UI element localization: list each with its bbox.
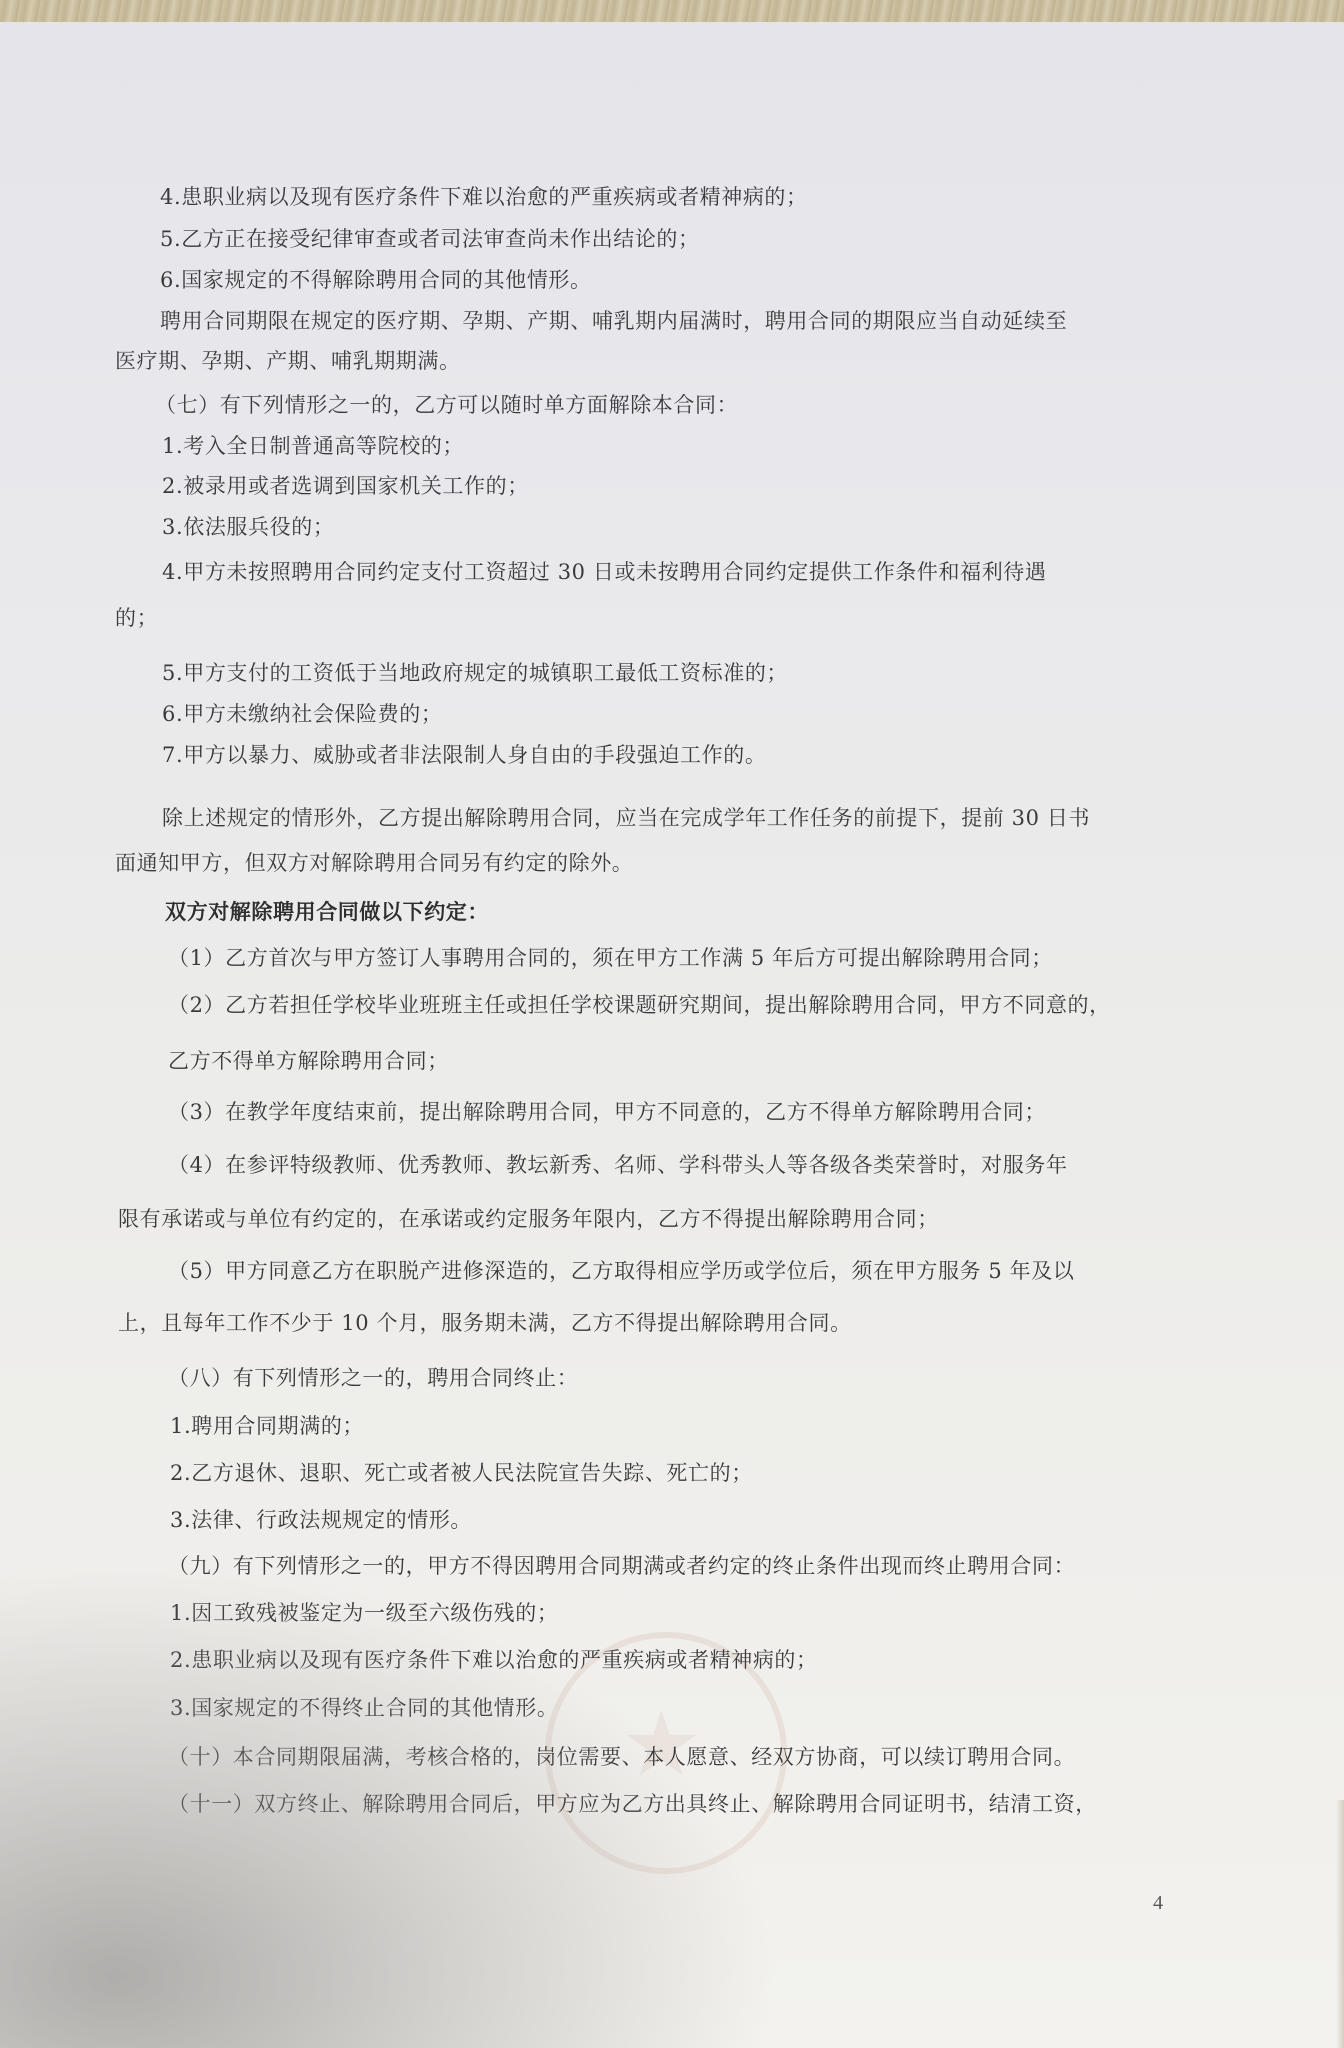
- document-line: 除上述规定的情形外，乙方提出解除聘用合同，应当在完成学年工作任务的前提下，提前 …: [162, 804, 1090, 832]
- document-line: 1.聘用合同期满的；: [170, 1412, 364, 1440]
- document-line: （十一）双方终止、解除聘用合同后，甲方应为乙方出具终止、解除聘用合同证明书，结清…: [168, 1790, 1097, 1818]
- document-line: （3）在教学年度结束前，提出解除聘用合同，甲方不同意的，乙方不得单方解除聘用合同…: [168, 1098, 1046, 1126]
- document-line: 6.国家规定的不得解除聘用合同的其他情形。: [160, 266, 592, 294]
- document-line: 1.考入全日制普通高等院校的；: [162, 432, 464, 460]
- page-number: 4: [1153, 1892, 1163, 1915]
- document-line: （八）有下列情形之一的，聘用合同终止：: [168, 1364, 578, 1392]
- section-heading: 双方对解除聘用合同做以下约定：: [165, 898, 489, 926]
- document-line: 7.甲方以暴力、威胁或者非法限制人身自由的手段强迫工作的。: [162, 741, 766, 769]
- document-line: 3.法律、行政法规规定的情形。: [170, 1506, 472, 1534]
- document-line: （2）乙方若担任学校毕业班班主任或担任学校课题研究期间，提出解除聘用合同，甲方不…: [168, 991, 1111, 1019]
- document-line: 2.患职业病以及现有医疗条件下难以治愈的严重疾病或者精神病的；: [170, 1646, 818, 1674]
- document-line: （1）乙方首次与甲方签订人事聘用合同的，须在甲方工作满 5 年后方可提出解除聘用…: [168, 944, 1053, 972]
- document-line: 4.甲方未按照聘用合同约定支付工资超过 30 日或未按聘用合同约定提供工作条件和…: [162, 558, 1047, 586]
- document-line: 6.甲方未缴纳社会保险费的；: [162, 700, 442, 728]
- document-line: 5.乙方正在接受纪律审查或者司法审查尚未作出结论的；: [160, 225, 700, 253]
- desk-background: [0, 0, 1344, 24]
- document-line: （十）本合同期限届满，考核合格的，岗位需要、本人愿意、经双方协商，可以续订聘用合…: [168, 1743, 1075, 1771]
- paper-edge: [1336, 1800, 1344, 2048]
- document-line: 2.被录用或者选调到国家机关工作的；: [162, 472, 529, 500]
- document-line: 2.乙方退休、退职、死亡或者被人民法院宣告失踪、死亡的；: [170, 1459, 753, 1487]
- document-line: 5.甲方支付的工资低于当地政府规定的城镇职工最低工资标准的；: [162, 659, 788, 687]
- document-line: 3.国家规定的不得终止合同的其他情形。: [170, 1694, 558, 1722]
- document-line: 的；: [115, 604, 158, 632]
- document-line: 限有承诺或与单位有约定的，在承诺或约定服务年限内，乙方不得提出解除聘用合同；: [118, 1205, 939, 1233]
- document-line: 面通知甲方，但双方对解除聘用合同另有约定的除外。: [115, 849, 633, 877]
- document-line: 乙方不得单方解除聘用合同；: [168, 1047, 449, 1075]
- document-line: 上，且每年工作不少于 10 个月，服务期未满，乙方不得提出解除聘用合同。: [118, 1309, 852, 1337]
- document-line: 4.患职业病以及现有医疗条件下难以治愈的严重疾病或者精神病的；: [160, 183, 808, 211]
- document-line: （七）有下列情形之一的，乙方可以随时单方面解除本合同：: [155, 391, 738, 419]
- document-line: 医疗期、孕期、产期、哺乳期期满。: [115, 347, 461, 375]
- document-line: （4）在参评特级教师、优秀教师、教坛新秀、名师、学科带头人等各级各类荣誉时，对服…: [168, 1151, 1068, 1179]
- document-line: （5）甲方同意乙方在职脱产进修深造的，乙方取得相应学历或学位后，须在甲方服务 5…: [168, 1257, 1074, 1285]
- document-line: 3.依法服兵役的；: [162, 513, 334, 541]
- document-line: 聘用合同期限在规定的医疗期、孕期、产期、哺乳期内届满时，聘用合同的期限应当自动延…: [160, 307, 1067, 335]
- document-line: 1.因工致残被鉴定为一级至六级伤残的；: [170, 1599, 558, 1627]
- document-line: （九）有下列情形之一的，甲方不得因聘用合同期满或者约定的终止条件出现而终止聘用合…: [168, 1552, 1075, 1580]
